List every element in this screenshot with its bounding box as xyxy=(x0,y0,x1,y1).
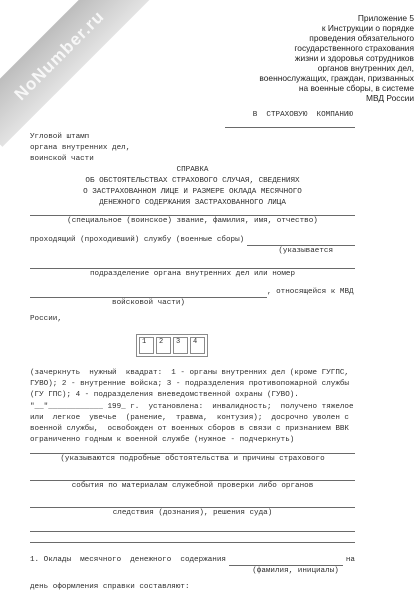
corner-stamp-line: органа внутренних дел, xyxy=(30,143,355,154)
document-body: В СТРАХОВУЮ КОМПАНИЮ Угловой штамп орган… xyxy=(30,110,355,593)
corner-stamp: Угловой штамп органа внутренних дел, вои… xyxy=(30,132,355,165)
document-title-line: ОБ ОБСТОЯТЕЛЬСТВАХ СТРАХОВОГО СЛУЧАЯ, СВ… xyxy=(30,176,355,187)
header-note-line: МВД России xyxy=(0,93,414,103)
checkbox-group: 1 2 3 4 xyxy=(136,334,208,357)
name-caption: (специальное (воинское) звание, фамилия,… xyxy=(30,216,355,227)
mvd-suffix: , относящейся к МВД xyxy=(267,287,354,298)
circumstances-caption-3: следствия (дознания), решения суда) xyxy=(30,508,355,519)
corner-stamp-line: Угловой штамп xyxy=(30,132,355,143)
service-label: проходящий (проходивший) службу (военные… xyxy=(30,235,244,246)
divider-line-1 xyxy=(30,531,355,532)
circumstances-caption-2: события по материалам служебной проверки… xyxy=(30,481,355,492)
checkbox-cell-1: 1 xyxy=(139,337,154,354)
date-paragraph-line: военной службы, освобожден от военных сб… xyxy=(30,424,355,435)
service-row: проходящий (проходивший) службу (военные… xyxy=(30,235,355,246)
salary-name-blank-line xyxy=(229,556,343,566)
salary-row: 1. Оклады месячного денежного содержания… xyxy=(30,555,355,566)
checkbox-cell-2: 2 xyxy=(156,337,171,354)
russia-label: России, xyxy=(30,314,355,325)
document-title: СПРАВКА ОБ ОБСТОЯТЕЛЬСТВАХ СТРАХОВОГО СЛ… xyxy=(30,165,355,209)
salary-name-caption: (фамилия, инициалы) xyxy=(248,566,343,577)
unit2-blank-line xyxy=(30,288,267,298)
circumstances-caption-1: (указываются подробные обстоятельства и … xyxy=(30,454,355,465)
unit2-row: , относящейся к МВД xyxy=(30,287,355,298)
corner-stamp-line: воинской части xyxy=(30,154,355,165)
unit-caption: подразделение органа внутренних дел или … xyxy=(30,269,355,280)
salary-lead: 1. Оклады месячного денежного содержания xyxy=(30,555,226,566)
checkbox-note: (зачеркнуть нужный квадрат: 1 - органы в… xyxy=(30,368,355,401)
checkbox-note-line: (зачеркнуть нужный квадрат: 1 - органы в… xyxy=(30,368,355,379)
checkbox-group-row: 1 2 3 4 xyxy=(136,334,355,357)
salary-line-2: день оформления справки составляют: xyxy=(30,582,355,593)
document-title-line: СПРАВКА xyxy=(30,165,355,176)
date-paragraph-line: "__"____________ 199_ г. установлена: ин… xyxy=(30,402,355,413)
document-title-line: О ЗАСТРАХОВАННОМ ЛИЦЕ И РАЗМЕРЕ ОКЛАДА М… xyxy=(30,187,355,198)
divider-line-2 xyxy=(30,542,355,543)
document-page: NoNumber.ru Приложение 5 к Инструкции о … xyxy=(0,0,420,600)
date-paragraph-line: ограниченно годным к военной службе (нуж… xyxy=(30,435,355,446)
salary-suffix: на xyxy=(346,555,355,566)
service-blank-line xyxy=(247,236,355,246)
checkbox-cell-4: 4 xyxy=(190,337,205,354)
service-caption: (указывается xyxy=(30,246,355,257)
document-title-line: ДЕНЕЖНОГО СОДЕРЖАНИЯ ЗАСТРАХОВАННОГО ЛИЦ… xyxy=(30,198,355,209)
addressee-blank-line xyxy=(225,127,355,128)
date-paragraph-line: или легкое увечье (ранение, травма, конт… xyxy=(30,413,355,424)
checkbox-note-line: (ГУ ГПС); 4 - подразделения вневедомстве… xyxy=(30,390,355,401)
checkbox-cell-3: 3 xyxy=(173,337,188,354)
checkbox-note-line: ГУВО); 2 - внутренние войска; 3 - подраз… xyxy=(30,379,355,390)
addressee-label: В СТРАХОВУЮ КОМПАНИЮ xyxy=(30,110,355,121)
unit2-caption: войсковой части) xyxy=(30,298,267,309)
date-paragraph: "__"____________ 199_ г. установлена: ин… xyxy=(30,402,355,446)
